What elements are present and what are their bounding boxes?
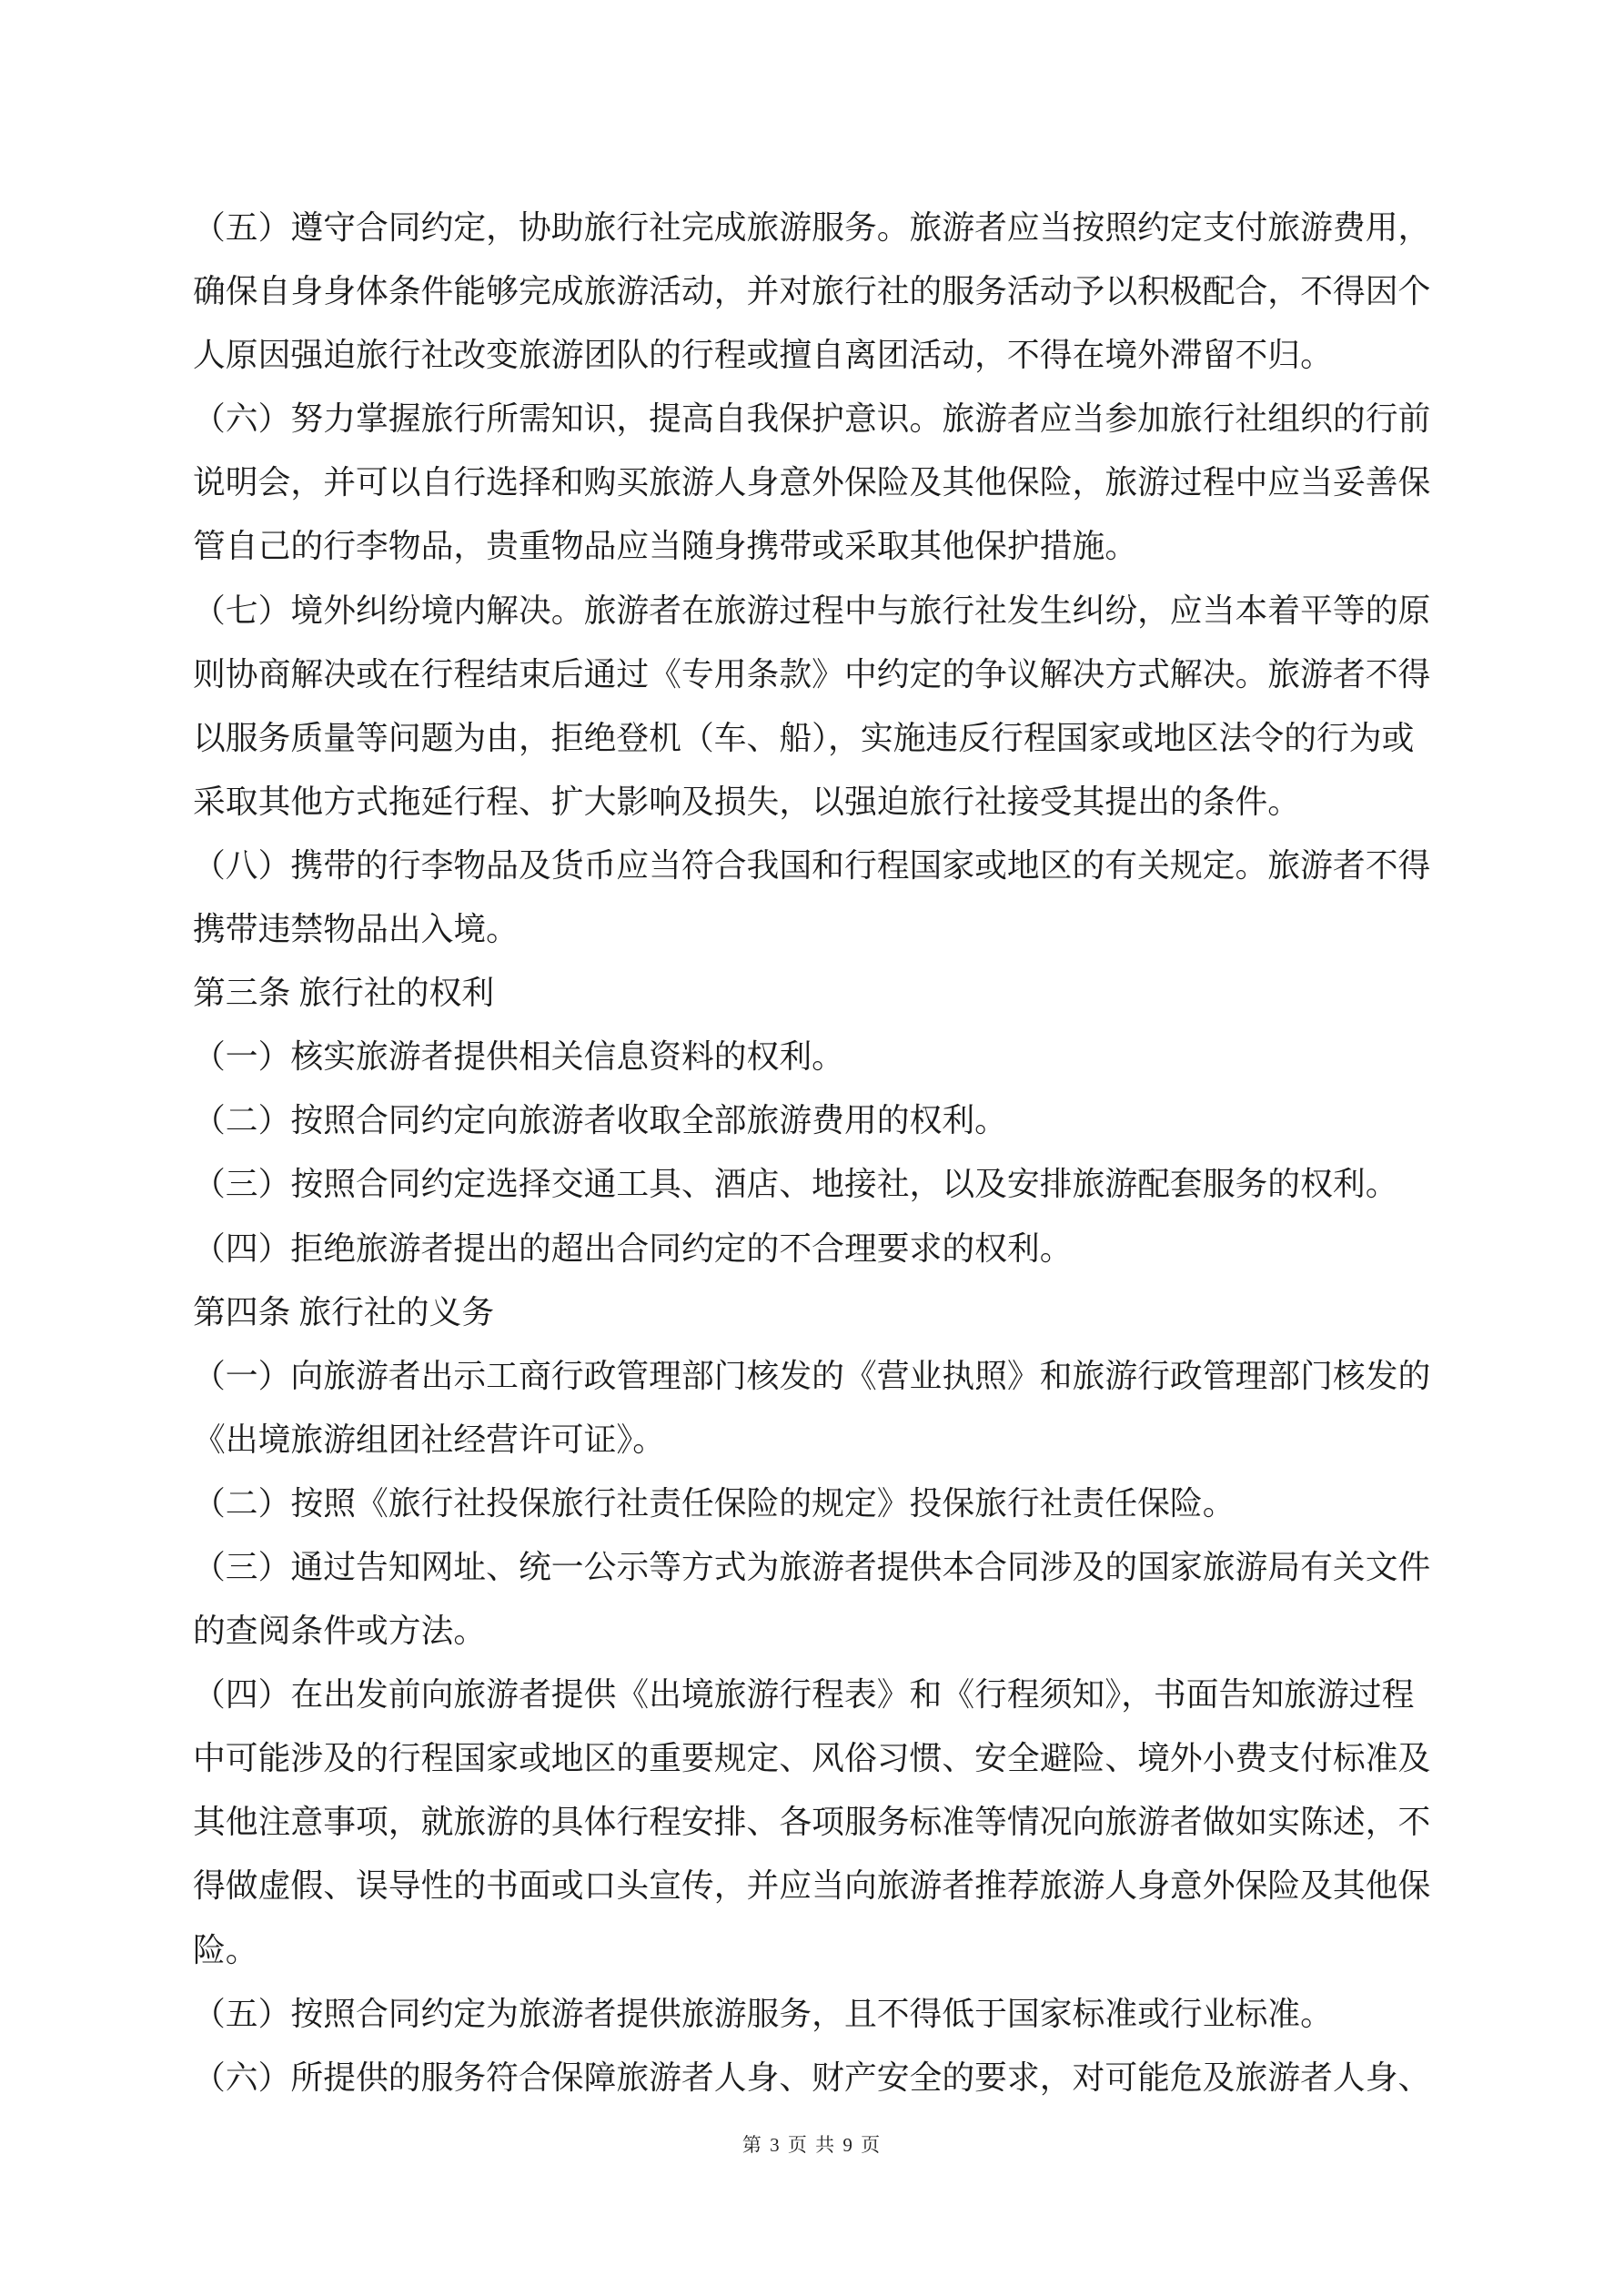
text-line: 采取其他方式拖延行程、扩大影响及损失，以强迫旅行社接受其提出的条件。 bbox=[193, 770, 1441, 834]
section-heading: 第三条 旅行社的权利 bbox=[193, 961, 1441, 1025]
text-line: 确保自身身体条件能够完成旅游活动，并对旅行社的服务活动予以积极配合，不得因个 bbox=[193, 259, 1441, 323]
text-line: 险。 bbox=[193, 1918, 1441, 1982]
text-line: （七）境外纠纷境内解决。旅游者在旅游过程中与旅行社发生纠纷，应当本着平等的原 bbox=[193, 579, 1441, 642]
text-line: （八）携带的行李物品及货币应当符合我国和行程国家或地区的有关规定。旅游者不得 bbox=[193, 834, 1441, 897]
text-line: （二）按照《旅行社投保旅行社责任保险的规定》投保旅行社责任保险。 bbox=[193, 1472, 1441, 1535]
text-line: 则协商解决或在行程结束后通过《专用条款》中约定的争议解决方式解决。旅游者不得 bbox=[193, 642, 1441, 706]
text-line: 其他注意事项，就旅游的具体行程安排、各项服务标准等情况向旅游者做如实陈述，不 bbox=[193, 1790, 1441, 1854]
text-line: 携带违禁物品出入境。 bbox=[193, 897, 1441, 961]
text-line: 以服务质量等问题为由，拒绝登机（车、船），实施违反行程国家或地区法令的行为或 bbox=[193, 706, 1441, 770]
text-line: （三）按照合同约定选择交通工具、酒店、地接社，以及安排旅游配套服务的权利。 bbox=[193, 1152, 1441, 1216]
text-line: 《出境旅游组团社经营许可证》。 bbox=[193, 1408, 1441, 1472]
text-line: 的查阅条件或方法。 bbox=[193, 1599, 1441, 1663]
page-number-footer: 第 3 页 共 9 页 bbox=[0, 2133, 1624, 2157]
text-line: 说明会，并可以自行选择和购买旅游人身意外保险及其他保险，旅游过程中应当妥善保 bbox=[193, 450, 1441, 514]
section-heading: 第四条 旅行社的义务 bbox=[193, 1280, 1441, 1344]
text-line: 得做虚假、误导性的书面或口头宣传，并应当向旅游者推荐旅游人身意外保险及其他保 bbox=[193, 1854, 1441, 1917]
text-line: （一）向旅游者出示工商行政管理部门核发的《营业执照》和旅游行政管理部门核发的 bbox=[193, 1344, 1441, 1408]
document-body: （五）遵守合同约定，协助旅行社完成旅游服务。旅游者应当按照约定支付旅游费用， 确… bbox=[193, 196, 1441, 2109]
text-line: 管自己的行李物品，贵重物品应当随身携带或采取其他保护措施。 bbox=[193, 514, 1441, 578]
text-line: （六）所提供的服务符合保障旅游者人身、财产安全的要求，对可能危及旅游者人身、 bbox=[193, 2046, 1441, 2109]
text-line: 人原因强迫旅行社改变旅游团队的行程或擅自离团活动，不得在境外滞留不归。 bbox=[193, 323, 1441, 387]
text-line: （三）通过告知网址、统一公示等方式为旅游者提供本合同涉及的国家旅游局有关文件 bbox=[193, 1535, 1441, 1599]
document-page: （五）遵守合同约定，协助旅行社完成旅游服务。旅游者应当按照约定支付旅游费用， 确… bbox=[0, 0, 1624, 2296]
text-line: （二）按照合同约定向旅游者收取全部旅游费用的权利。 bbox=[193, 1088, 1441, 1152]
text-line: （五）遵守合同约定，协助旅行社完成旅游服务。旅游者应当按照约定支付旅游费用， bbox=[193, 196, 1441, 259]
text-line: （一）核实旅游者提供相关信息资料的权利。 bbox=[193, 1025, 1441, 1088]
text-line: （四）在出发前向旅游者提供《出境旅游行程表》和《行程须知》，书面告知旅游过程 bbox=[193, 1663, 1441, 1726]
text-line: （四）拒绝旅游者提出的超出合同约定的不合理要求的权利。 bbox=[193, 1217, 1441, 1280]
text-line: 中可能涉及的行程国家或地区的重要规定、风俗习惯、安全避险、境外小费支付标准及 bbox=[193, 1726, 1441, 1790]
text-line: （六）努力掌握旅行所需知识，提高自我保护意识。旅游者应当参加旅行社组织的行前 bbox=[193, 387, 1441, 450]
text-line: （五）按照合同约定为旅游者提供旅游服务，且不得低于国家标准或行业标准。 bbox=[193, 1982, 1441, 2046]
